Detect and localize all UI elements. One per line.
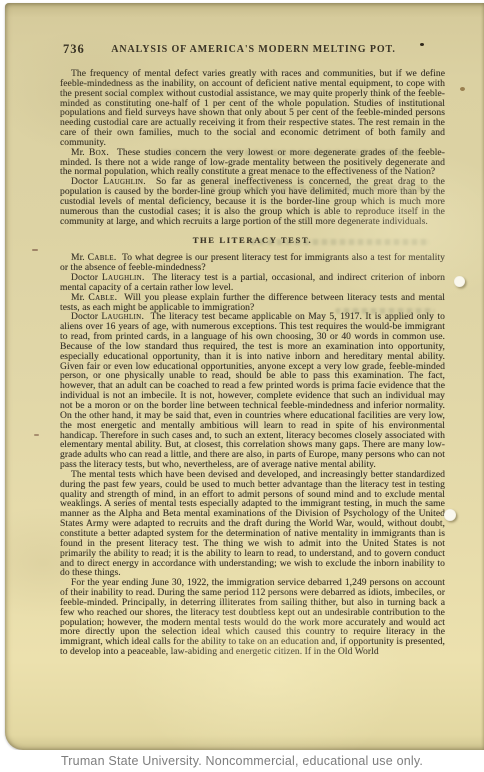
speaker-name: Mr. Cable. (71, 292, 117, 303)
body-paragraph: The frequency of mental defect varies gr… (60, 69, 445, 148)
body-paragraph: Mr. Cable. To what degree is our present… (60, 253, 445, 273)
speaker-name: Doctor Laughlin. (71, 311, 144, 322)
speaker-name: Mr. Cable. (71, 252, 116, 263)
running-title: ANALYSIS OF AMERICA'S MODERN MELTING POT… (60, 44, 447, 55)
scanned-book-page: 736 ANALYSIS OF AMERICA'S MODERN MELTING… (5, 3, 484, 750)
paper-hole-artifact (454, 276, 465, 287)
body-paragraph: Mr. Cable. Will you please explain furth… (60, 293, 445, 313)
body-paragraph: Doctor Laughlin. So far as general ineff… (60, 177, 445, 226)
paper-hole-artifact (444, 509, 456, 521)
speaker-name: Doctor Laughlin. (71, 272, 145, 283)
body-paragraph: Doctor Laughlin. The literacy test is a … (60, 273, 445, 293)
speaker-name: Mr. Box. (71, 147, 109, 158)
copyright-caption: Truman State University. Noncommercial, … (61, 754, 423, 768)
section-heading: THE LITERACY TEST. (60, 236, 445, 246)
body-paragraph: The mental tests which have been devised… (60, 470, 445, 578)
speaker-name: Doctor Laughlin. (71, 176, 146, 187)
body-paragraph: Mr. Box. These studies concern the very … (60, 148, 445, 178)
margin-speck-artifact (34, 434, 39, 436)
page-body-text: The frequency of mental defect varies gr… (60, 69, 445, 657)
body-paragraph: For the year ending June 30, 1922, the i… (60, 578, 445, 657)
copyright-band: Truman State University. Noncommercial, … (0, 750, 484, 772)
body-paragraph: Doctor Laughlin. The literacy test becam… (60, 312, 445, 470)
stain-spot-artifact (460, 87, 465, 91)
margin-speck-artifact (32, 249, 38, 251)
